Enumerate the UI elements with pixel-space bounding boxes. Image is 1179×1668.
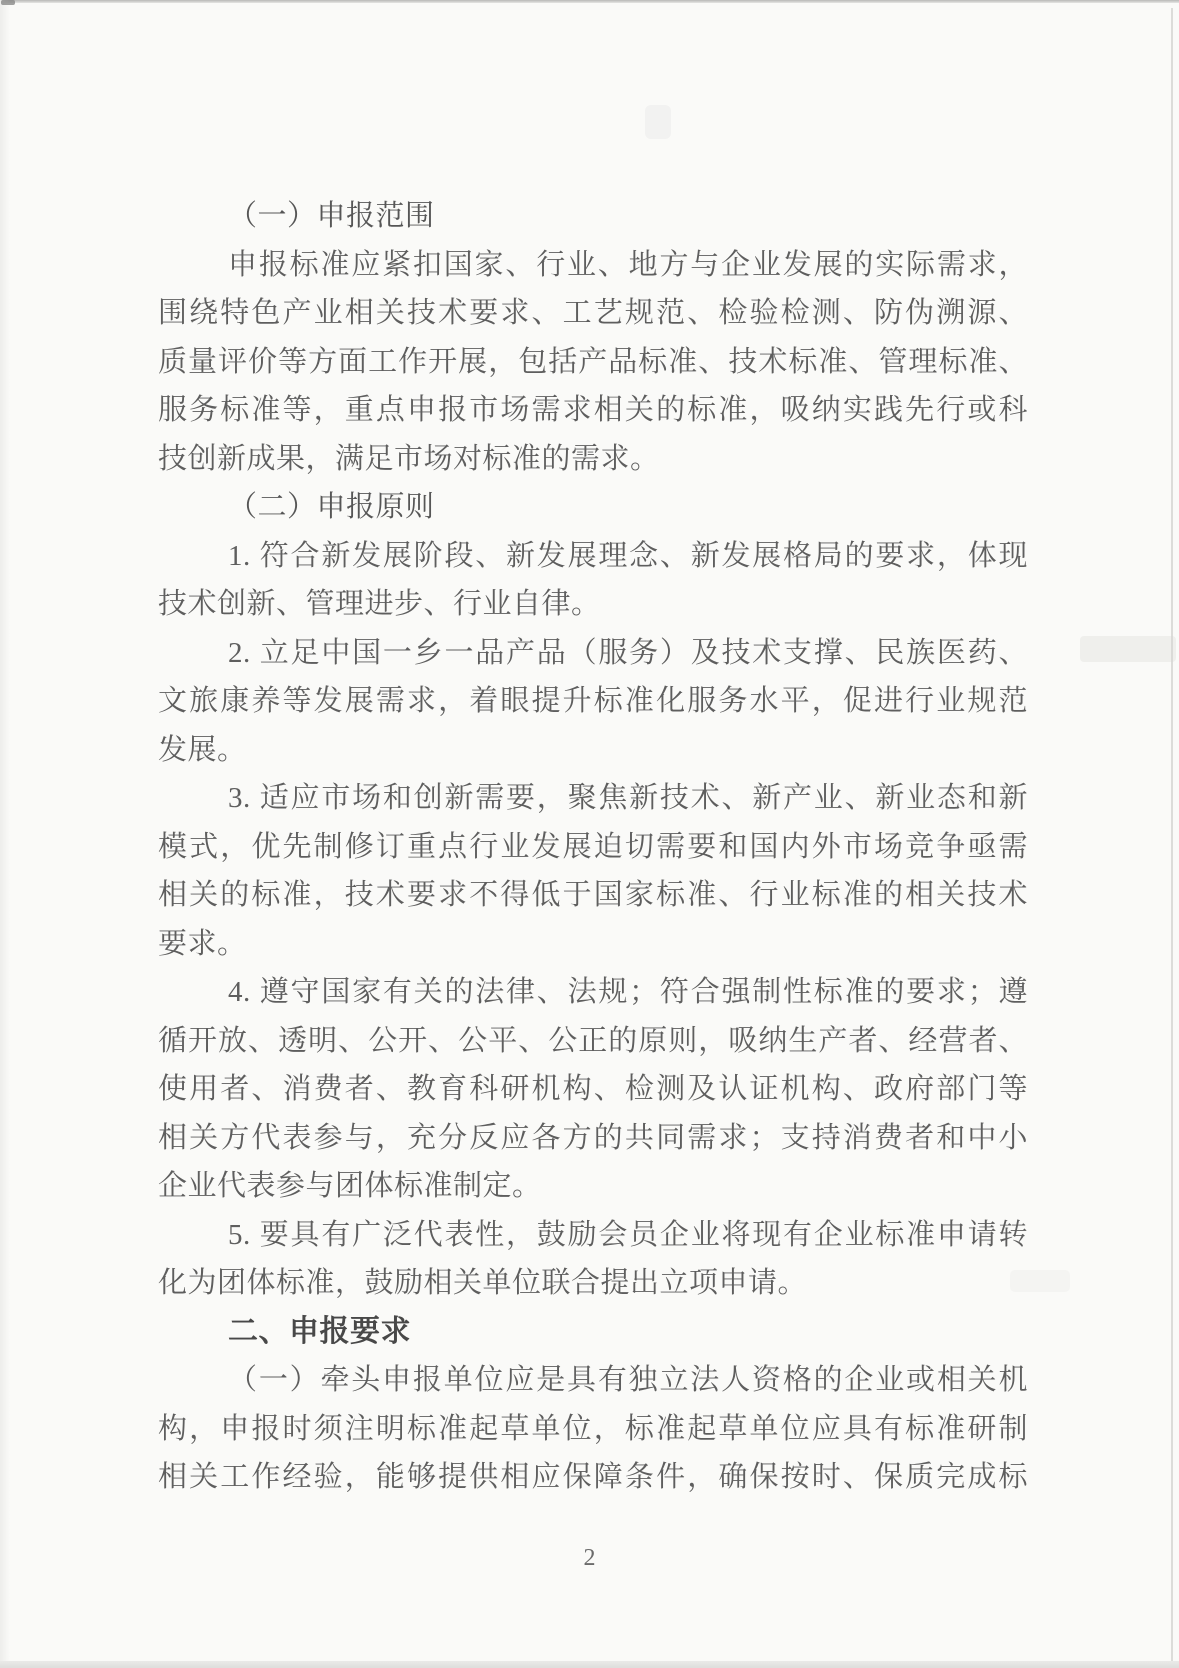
text-line: 3. 适应市场和创新需要，聚焦新技术、新产业、新业态和新	[158, 774, 1028, 823]
text-line: 相关方代表参与，充分反应各方的共同需求；支持消费者和中小	[158, 1114, 1028, 1163]
scan-top-edge-artifact	[0, 0, 1179, 3]
text-line: 模式，优先制修订重点行业发展迫切需要和国内外市场竞争亟需	[158, 823, 1028, 872]
text-line: 申报标准应紧扣国家、行业、地方与企业发展的实际需求，	[158, 241, 1028, 290]
text-line: （一）牵头申报单位应是具有独立法人资格的企业或相关机	[158, 1356, 1028, 1405]
text-line: 围绕特色产业相关技术要求、工艺规范、检验检测、防伪溯源、	[158, 289, 1028, 338]
text-line: 技术创新、管理进步、行业自律。	[158, 580, 1028, 629]
scan-right-edge-line	[1171, 8, 1173, 1663]
paragraph: 4. 遵守国家有关的法律、法规；符合强制性标准的要求；遵循开放、透明、公开、公平…	[158, 968, 1028, 1211]
paragraph: 申报标准应紧扣国家、行业、地方与企业发展的实际需求，围绕特色产业相关技术要求、工…	[158, 241, 1028, 484]
text-line: 二、申报要求	[158, 1308, 1028, 1357]
section-heading: 二、申报要求	[158, 1308, 1028, 1357]
text-line: 要求。	[158, 920, 1028, 969]
scan-left-edge-artifact	[0, 0, 10, 1668]
text-line: （一）申报范围	[158, 192, 1028, 241]
text-line: 2. 立足中国一乡一品产品（服务）及技术支撑、民族医药、	[158, 629, 1028, 678]
paragraph: 2. 立足中国一乡一品产品（服务）及技术支撑、民族医药、文旅康养等发展需求，着眼…	[158, 629, 1028, 775]
scan-bottom-edge-artifact	[0, 1661, 1179, 1668]
text-line: 使用者、消费者、教育科研机构、检测及认证机构、政府部门等	[158, 1065, 1028, 1114]
text-line: 企业代表参与团体标准制定。	[158, 1162, 1028, 1211]
text-line: 技创新成果，满足市场对标准的需求。	[158, 435, 1028, 484]
document-body: （一）申报范围申报标准应紧扣国家、行业、地方与企业发展的实际需求，围绕特色产业相…	[158, 192, 1028, 1502]
scanned-document-page: （一）申报范围申报标准应紧扣国家、行业、地方与企业发展的实际需求，围绕特色产业相…	[0, 0, 1179, 1668]
section-heading: （二）申报原则	[158, 483, 1028, 532]
text-line: 循开放、透明、公开、公平、公正的原则，吸纳生产者、经营者、	[158, 1017, 1028, 1066]
text-line: 质量评价等方面工作开展，包括产品标准、技术标准、管理标准、	[158, 338, 1028, 387]
text-line: （二）申报原则	[158, 483, 1028, 532]
text-line: 化为团体标准，鼓励相关单位联合提出立项申请。	[158, 1259, 1028, 1308]
scan-smudge	[1080, 636, 1176, 662]
text-line: 4. 遵守国家有关的法律、法规；符合强制性标准的要求；遵	[158, 968, 1028, 1017]
text-line: 相关的标准，技术要求不得低于国家标准、行业标准的相关技术	[158, 871, 1028, 920]
scan-corner-speck	[1, 0, 15, 5]
text-line: 相关工作经验，能够提供相应保障条件，确保按时、保质完成标	[158, 1453, 1028, 1502]
text-line: 5. 要具有广泛代表性，鼓励会员企业将现有企业标准申请转	[158, 1211, 1028, 1260]
text-line: 构，申报时须注明标准起草单位，标准起草单位应具有标准研制	[158, 1405, 1028, 1454]
paragraph: （一）牵头申报单位应是具有独立法人资格的企业或相关机构，申报时须注明标准起草单位…	[158, 1356, 1028, 1502]
text-line: 文旅康养等发展需求，着眼提升标准化服务水平，促进行业规范	[158, 677, 1028, 726]
section-heading: （一）申报范围	[158, 192, 1028, 241]
paragraph: 3. 适应市场和创新需要，聚焦新技术、新产业、新业态和新模式，优先制修订重点行业…	[158, 774, 1028, 968]
text-line: 1. 符合新发展阶段、新发展理念、新发展格局的要求，体现	[158, 532, 1028, 581]
text-line: 发展。	[158, 726, 1028, 775]
text-line: 服务标准等，重点申报市场需求相关的标准，吸纳实践先行或科	[158, 386, 1028, 435]
page-number: 2	[0, 1545, 1179, 1572]
paragraph: 1. 符合新发展阶段、新发展理念、新发展格局的要求，体现技术创新、管理进步、行业…	[158, 532, 1028, 629]
paragraph: 5. 要具有广泛代表性，鼓励会员企业将现有企业标准申请转化为团体标准，鼓励相关单…	[158, 1211, 1028, 1308]
scan-smudge	[645, 105, 671, 139]
